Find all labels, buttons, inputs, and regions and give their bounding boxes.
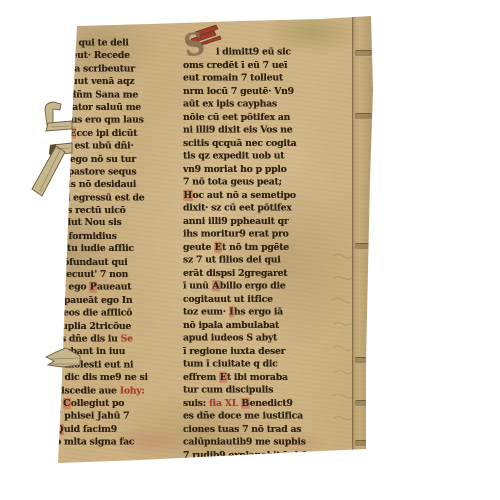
text-line: Quid facim9: [55, 424, 182, 437]
text-line: r Collegiut po: [55, 398, 182, 411]
text-line: eut romain 7 tolleut: [183, 72, 336, 85]
text-line: psecuut' 7 non: [55, 269, 182, 282]
text-line: es dñe doce me iustifica: [183, 410, 336, 423]
parchment-page: S oms qui te delifūdeut· Recedeiucta scr…: [0, 0, 500, 500]
text-line: ugiuut venā aqz: [55, 76, 182, 89]
text-line: aūt ex ipis cayphas: [183, 98, 336, 111]
text-line: ī regione iuxta deser: [183, 345, 336, 358]
text-line: o mlta signa fac: [55, 436, 182, 449]
text-line: oms qui te deli: [55, 37, 182, 50]
binding-tie-upper: [28, 96, 80, 202]
text-line: anni illi9 ppheauit qr: [183, 215, 336, 228]
text-line: tu formidius: [55, 230, 182, 243]
text-line: sz 7 ut filios dei qui: [183, 254, 336, 267]
text-line: iucta scribeutur: [55, 63, 182, 76]
text-line: 7 nō tota geus peat;: [183, 176, 336, 189]
text-line: y eos die afflicō: [55, 308, 182, 321]
text-line: Cōfundaut qui: [55, 256, 182, 269]
text-line: scitis qcquā nec cogita: [183, 137, 336, 150]
text-line: apud iudeos S abyt: [183, 332, 336, 345]
text-line: Hoc aut nō a semetipo: [183, 189, 336, 202]
text-line: o fiut Nou sis: [55, 217, 182, 230]
text-line: toz eum· Ihs ergo iā: [183, 306, 336, 319]
text-line: suis: fia XL Benedict9: [183, 397, 336, 410]
text-line: ues rectū uicō: [55, 205, 182, 218]
text-line: i dimitt9 eū sic: [216, 46, 336, 59]
text-line: calūpniautib9 me supbis: [183, 436, 336, 449]
text-line: tur cum discipulis: [183, 384, 336, 397]
text-line: 7 phisei Jahū 7: [55, 411, 182, 424]
text-line: discedie aue Iohy:: [55, 385, 182, 398]
text-line: ni illi9 dixit eis Vos ne: [183, 124, 336, 137]
text-line: vn9 moriat ho p pplo: [183, 163, 336, 176]
text-line: nō ipala ambulabat: [183, 319, 336, 332]
text-line: ar ego Paueaut: [55, 282, 182, 295]
fore-edge-notch: [355, 243, 372, 250]
fore-edge-notch: [355, 357, 372, 364]
right-text-column: i dimitt9 eū sicoms credēt ī eū 7 ueīeut…: [183, 46, 336, 466]
text-line: cogitauut ut itfice: [183, 293, 336, 306]
fore-edge-notch: [355, 50, 372, 57]
text-line: oms credēt ī eū 7 ueī: [183, 59, 336, 72]
text-line: tis qz expedit uob ut: [183, 150, 336, 163]
text-line: ihs moritur9 erat pro: [183, 228, 336, 241]
text-line: fūdeut· Recede: [55, 50, 182, 63]
fore-edge-notch: [355, 400, 372, 407]
fore-edge-page-stack: [352, 15, 374, 452]
text-line: geute Et nō tm pgēte: [183, 241, 336, 254]
text-line: effrem Et ibi moraba: [183, 371, 336, 384]
text-line: ō paueāt ego In: [55, 295, 182, 308]
text-line: tum ī ciuitate q dic: [183, 358, 336, 371]
text-line: h dic dis me9 ne si: [55, 372, 182, 385]
fore-edge-notch: [355, 440, 372, 447]
text-line: erāt dispsi 2gregaret: [183, 267, 336, 280]
text-line: dixit· sz cū eet pōtifex: [183, 202, 336, 215]
manuscript-photo: S oms qui te delifūdeut· Recedeiucta scr…: [0, 0, 500, 500]
text-line: nrm locū 7 geutē· Vn9: [183, 85, 336, 98]
bottom-inscription: · ·, ··· ·· ···· ···: [214, 450, 334, 457]
text-line: ciones tuas 7 nō trad as: [183, 423, 336, 436]
text-line: ī unū Abillo ergo die: [183, 280, 336, 293]
text-line: nōie cū eet pōtifex an: [183, 111, 336, 124]
text-line: ia tu iudie afflic: [55, 243, 182, 256]
text-line: duplia 2tricōue: [55, 320, 182, 333]
marginalia-scribbles: [331, 248, 355, 433]
binding-tie-lower: [42, 344, 82, 372]
fore-edge-notch: [355, 113, 372, 120]
